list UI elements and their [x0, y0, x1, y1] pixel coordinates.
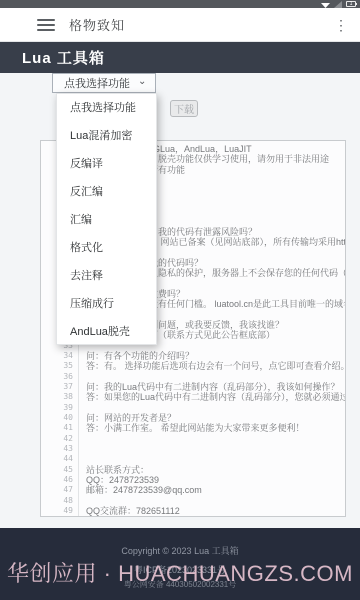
code-line: 46QQ：2478723539: [41, 475, 345, 485]
dropdown-item-5[interactable]: 格式化: [57, 234, 156, 262]
footer: Copyright © 2023 Lua 工具箱 粤ICP备2023023331…: [0, 528, 360, 600]
chevron-down-icon: ⌄: [138, 76, 146, 87]
code-line: 38答：如果您的Lua代码中有二进制内容（乱码部分），您就必须通过选择文件来上传…: [41, 392, 345, 402]
dropdown-item-2[interactable]: 反编译: [57, 150, 156, 178]
dropdown-item-8[interactable]: AndLua脱壳: [57, 318, 156, 346]
dropdown-item-4[interactable]: 汇编: [57, 206, 156, 234]
code-line: 37问：我的Lua代码中有二进制内容（乱码部分），我该如何操作？: [41, 382, 345, 392]
battery-icon: 1: [346, 1, 356, 7]
download-button[interactable]: 下载: [170, 100, 198, 117]
copyright-text: Copyright © 2023 Lua 工具箱: [0, 528, 360, 557]
code-line: 44: [41, 454, 345, 464]
dropdown-item-6[interactable]: 去注释: [57, 262, 156, 290]
wifi-icon: [321, 1, 330, 8]
code-line: 47邮箱：2478723539@qq.com: [41, 485, 345, 495]
more-options-icon[interactable]: ⋮: [334, 18, 348, 32]
dropdown-item-7[interactable]: 压缩成行: [57, 290, 156, 318]
code-line: 39: [41, 403, 345, 413]
app-title: 格物致知: [69, 15, 125, 34]
function-select-value: 点我选择功能: [64, 75, 130, 91]
code-line: 41答：小满工作室。 希望此网站能为大家带来更多便利！: [41, 423, 345, 433]
page-header: Lua 工具箱: [0, 42, 360, 73]
security-record-link[interactable]: 粤公网安备 44030502002331号: [0, 576, 360, 590]
code-line: 40问：网站的开发者是？: [41, 413, 345, 423]
code-line: 43: [41, 444, 345, 454]
code-line: 36: [41, 372, 345, 382]
page-title: Lua 工具箱: [22, 47, 105, 68]
code-line: 42: [41, 434, 345, 444]
function-dropdown: 点我选择功能Lua混淆加密反编译反汇编汇编格式化去注释压缩成行AndLua脱壳: [56, 93, 157, 345]
status-bar: 1: [0, 0, 360, 8]
icp-record-link[interactable]: 粤ICP备2023023331号: [0, 557, 360, 576]
dropdown-item-1[interactable]: Lua混淆加密: [57, 122, 156, 150]
screen: 1 格物致知 ⋮ Lua 工具箱 点我选择功能 ⌄ 下载 14支持Lua版本：G…: [0, 0, 360, 600]
function-select[interactable]: 点我选择功能 ⌄: [52, 73, 156, 93]
app-bar: 格物致知 ⋮: [0, 8, 360, 42]
code-line: 45站长联系方式：: [41, 465, 345, 475]
menu-icon[interactable]: [37, 19, 55, 31]
dropdown-item-0[interactable]: 点我选择功能: [57, 94, 156, 122]
code-line: 34问：有各个功能的介绍吗？: [41, 351, 345, 361]
code-line: 35答：有。 选择功能后选项右边会有一个问号，点它即可查看介绍。: [41, 361, 345, 371]
dropdown-item-3[interactable]: 反汇编: [57, 178, 156, 206]
code-line: 49QQ交流群：782651112: [41, 506, 345, 516]
signal-icon: [334, 1, 342, 8]
code-line: 48: [41, 496, 345, 506]
